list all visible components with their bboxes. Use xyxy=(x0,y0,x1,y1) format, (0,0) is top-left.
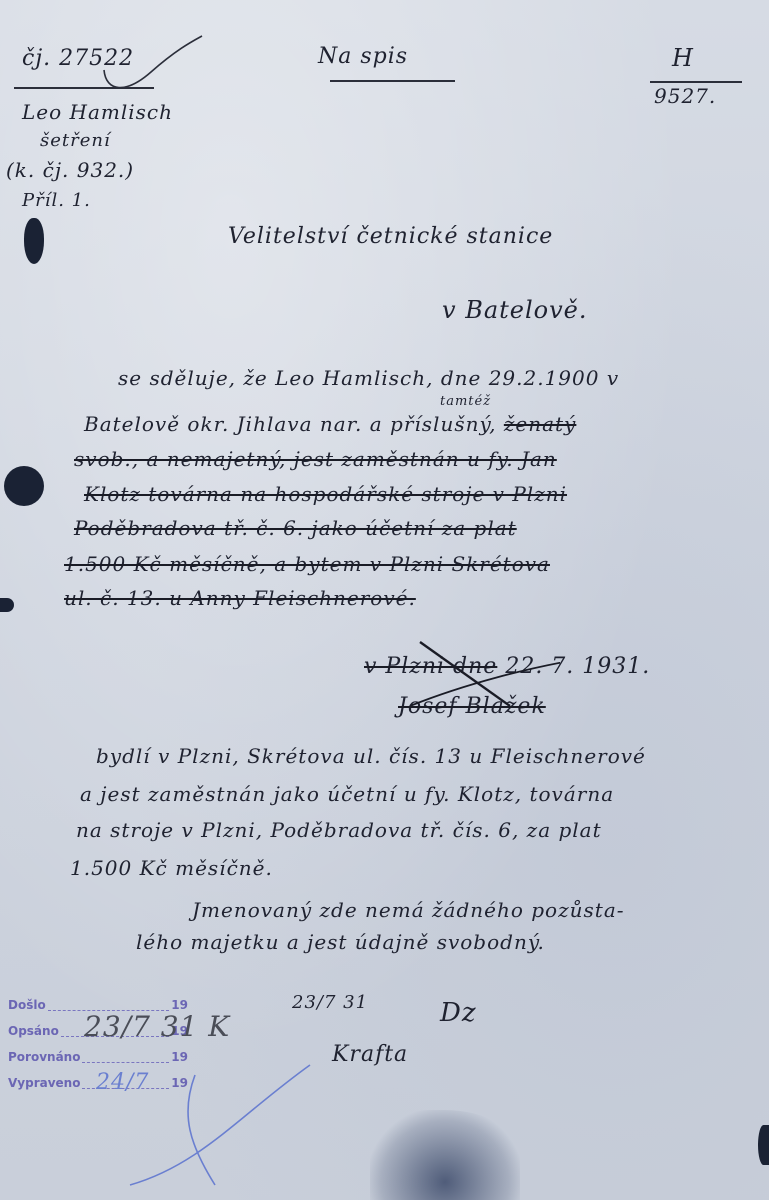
stamp-label: Opsáno xyxy=(8,1018,59,1044)
subject-name: Leo Hamlisch xyxy=(22,100,173,124)
body-line2-suffix: a příslušný, xyxy=(370,412,497,436)
ink-blot xyxy=(370,1110,520,1200)
addressee-line1: Velitelství četnické stanice xyxy=(228,224,553,249)
reference-check-stroke xyxy=(96,32,206,97)
body-line2-struck: ženatý xyxy=(504,412,577,436)
addressee-line2: v Batelově. xyxy=(442,296,588,324)
body-line5-struck: Poděbradova tř. č. 6. jako účetní za pla… xyxy=(74,516,517,540)
reply-line1: bydlí v Plzni, Skrétova ul. čís. 13 u Fl… xyxy=(96,744,646,768)
body-line3-struck: svob., a nemajetný, jest zaměstnán u fy.… xyxy=(74,447,557,471)
closing-initials: Dz xyxy=(440,998,477,1028)
registry-fraction-line xyxy=(650,81,742,83)
related-reference: (k. čj. 932.) xyxy=(6,158,134,182)
blue-signature-stroke xyxy=(120,1055,320,1195)
reply-line2: a jest zaměstnán jako účetní u fy. Klotz… xyxy=(80,782,614,806)
enclosure-note: Příl. 1. xyxy=(22,190,91,211)
registry-number: 9527. xyxy=(654,84,716,108)
heading-na-spis: Na spis xyxy=(318,44,408,69)
body-line6-struck: 1.500 Kč měsíčně, a bytem v Plzni Skréto… xyxy=(64,552,550,576)
reply-line3: na stroje v Plzni, Poděbradova tř. čís. … xyxy=(76,818,602,842)
closing-signature: Krafta xyxy=(332,1042,408,1067)
body-line4-struck: Klotz továrna na hospodářské stroje v Pl… xyxy=(84,482,567,506)
stamp-handwritten-pencil: 23/7 31 K xyxy=(84,1010,230,1043)
stamp-label: Vypraveno xyxy=(8,1070,80,1096)
body-line7-struck: ul. č. 13. u Anny Fleischnerové. xyxy=(64,586,416,610)
subject-note: šetření xyxy=(40,130,111,151)
reply-line4: 1.500 Kč měsíčně. xyxy=(70,856,273,880)
document-page: čj. 27522 Leo Hamlisch šetření (k. čj. 9… xyxy=(0,0,769,1200)
heading-underline xyxy=(330,80,455,82)
body-line2: Batelově okr. Jihlava nar. a příslušný, … xyxy=(84,412,576,436)
punch-hole-top xyxy=(24,218,44,264)
edge-tear xyxy=(0,598,14,612)
punch-hole-middle xyxy=(4,466,44,506)
cancel-cross-stroke xyxy=(400,636,560,706)
body-line1: se sděluje, že Leo Hamlisch, dne 29.2.19… xyxy=(118,366,619,390)
registry-letter: H xyxy=(672,44,694,72)
reply-line5: Jmenovaný zde nemá žádného pozůsta- xyxy=(192,898,625,922)
stamp-label: Došlo xyxy=(8,992,46,1018)
stamp-label: Porovnáno xyxy=(8,1044,80,1070)
body-line2-insert: tamtéž xyxy=(440,394,491,409)
closing-date: 23/7 31 xyxy=(292,992,368,1013)
reply-line6: lého majetku a jest údajně svobodný. xyxy=(136,930,545,954)
edge-tear-right xyxy=(758,1125,769,1165)
body-line2-prefix: Batelově okr. Jihlava nar. xyxy=(84,412,362,436)
